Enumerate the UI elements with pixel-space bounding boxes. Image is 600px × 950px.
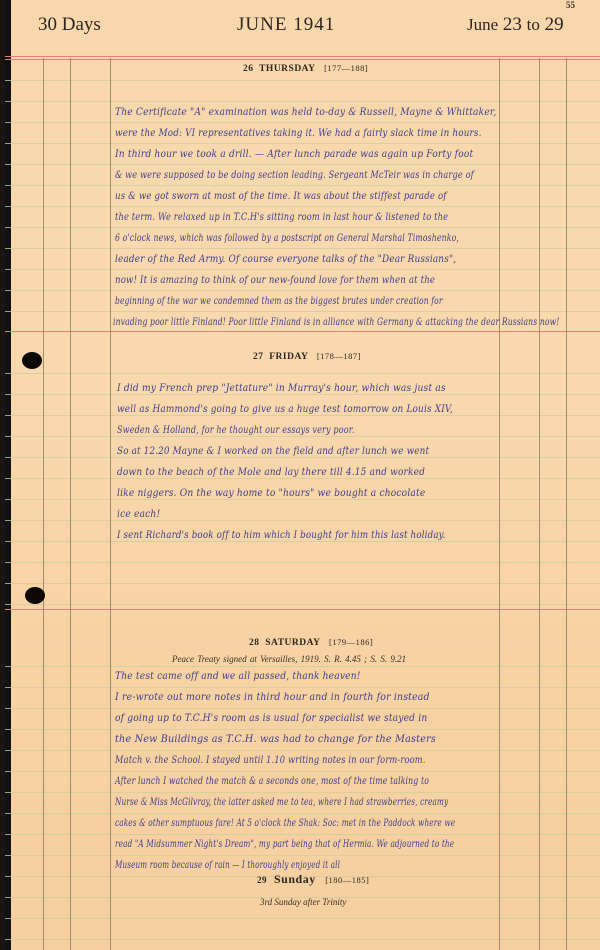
entry-line: invading poor little Finland! Poor littl…: [113, 312, 560, 333]
column-line: [499, 58, 500, 950]
days-in-month-label: 30 Days: [38, 14, 101, 36]
day-of-year-range: [177—188]: [324, 63, 368, 73]
entry-line: read "A Midsummer Night's Dream", my par…: [115, 834, 454, 855]
ruled-line: [5, 562, 600, 563]
column-line: [43, 58, 44, 950]
day-number: 26: [243, 64, 254, 74]
day-number: 29: [257, 875, 267, 885]
entry-line: the New Buildings as T.C.H. was had to c…: [115, 729, 436, 750]
week-range-start: 23: [503, 14, 522, 35]
day-of-year-range: [179—186]: [329, 637, 373, 647]
ruled-line: [5, 604, 600, 605]
ruled-line: [5, 520, 600, 521]
entry-line: down to the beach of the Mole and lay th…: [117, 462, 425, 483]
entry-line: Nurse & Miss McGilvray, the latter asked…: [115, 792, 448, 813]
red-rule-top-1: [5, 56, 600, 57]
punch-hole: [25, 587, 45, 604]
entry-line: ice each!: [117, 504, 160, 525]
entry-line: The Certificate "A" examination was held…: [115, 102, 496, 123]
day-name: THURSDAY: [259, 64, 315, 74]
entry-line: us & we got sworn at most of the time. I…: [115, 186, 447, 207]
entry-line: Match v. the School. I stayed until 1.10…: [115, 750, 426, 771]
column-line: [110, 58, 111, 950]
column-line: [70, 58, 71, 950]
red-rule-top-2: [5, 59, 600, 60]
entry-line: leader of the Red Army. Of course everyo…: [115, 249, 456, 270]
day-heading-friday: 27 FRIDAY [178—187]: [253, 351, 361, 362]
day-heading-thursday: 26 THURSDAY [177—188]: [243, 63, 368, 74]
red-rule-friday-end: [5, 609, 600, 610]
day-number: 28: [249, 638, 260, 648]
day-heading-saturday: 28 SATURDAY [179—186]: [249, 637, 373, 648]
month-title: JUNE 1941: [237, 14, 335, 36]
day-name: Sunday: [274, 872, 316, 886]
entry-line: 6 o'clock news, which was followed by a …: [115, 228, 459, 249]
day-note-saturday: Peace Treaty signed at Versailles, 1919.…: [172, 654, 406, 664]
entry-line: like niggers. On the way home to "hours"…: [117, 483, 425, 504]
entry-line: of going up to T.C.H's room as is usual …: [115, 708, 427, 729]
day-name: SATURDAY: [265, 638, 320, 648]
ruled-line: [5, 373, 600, 374]
entry-line: were the Mod: VI representatives taking …: [115, 123, 482, 144]
entry-line: I re-wrote out more notes in third hour …: [115, 687, 430, 708]
day-name: FRIDAY: [269, 352, 308, 362]
week-range-prefix: June: [467, 15, 498, 34]
ruled-line: [5, 583, 600, 584]
entry-line: the term. We relaxed up in T.C.H's sitti…: [115, 207, 448, 228]
week-range-end: 29: [545, 14, 564, 35]
entry-line: & we were supposed to be doing section l…: [115, 165, 474, 186]
day-note-sunday: 3rd Sunday after Trinity: [260, 897, 346, 907]
page-number: 55: [566, 0, 575, 10]
punch-hole: [22, 352, 42, 369]
entry-line: well as Hammond's going to give us a hug…: [117, 399, 453, 420]
entry-line: cakes & other sumptuous fare! At 5 o'clo…: [115, 813, 455, 834]
day-of-year-range: [178—187]: [317, 351, 361, 361]
column-line: [566, 58, 567, 950]
column-line: [539, 58, 540, 950]
entry-line: I sent Richard's book off to him which I…: [117, 525, 446, 546]
week-range: June 23 to 29: [467, 14, 564, 36]
day-of-year-range: [180—185]: [325, 875, 369, 885]
day-number: 27: [253, 352, 264, 362]
ruled-line: [5, 939, 600, 940]
entry-line: The test came off and we all passed, tha…: [115, 666, 361, 687]
entry-line: beginning of the war we condemned them a…: [115, 291, 443, 312]
day-heading-sunday: 29 Sunday [180—185]: [257, 872, 369, 887]
week-range-mid: to: [527, 15, 540, 34]
ruled-line: [5, 80, 600, 81]
ruled-line: [5, 918, 600, 919]
entry-line: In third hour we took a drill. — After l…: [115, 144, 473, 165]
entry-line: Sweden & Holland, for he thought our ess…: [117, 420, 355, 441]
entry-line: now! It is amazing to think of our new-f…: [115, 270, 435, 291]
entry-line: I did my French prep "Jettature" in Murr…: [117, 378, 446, 399]
entry-line: So at 12.20 Mayne & I worked on the fiel…: [117, 441, 429, 462]
entry-line: After lunch I watched the match & a seco…: [115, 771, 429, 792]
diary-page: 55 30 Days JUNE 1941 June 23 to 29 26 TH…: [5, 0, 600, 950]
